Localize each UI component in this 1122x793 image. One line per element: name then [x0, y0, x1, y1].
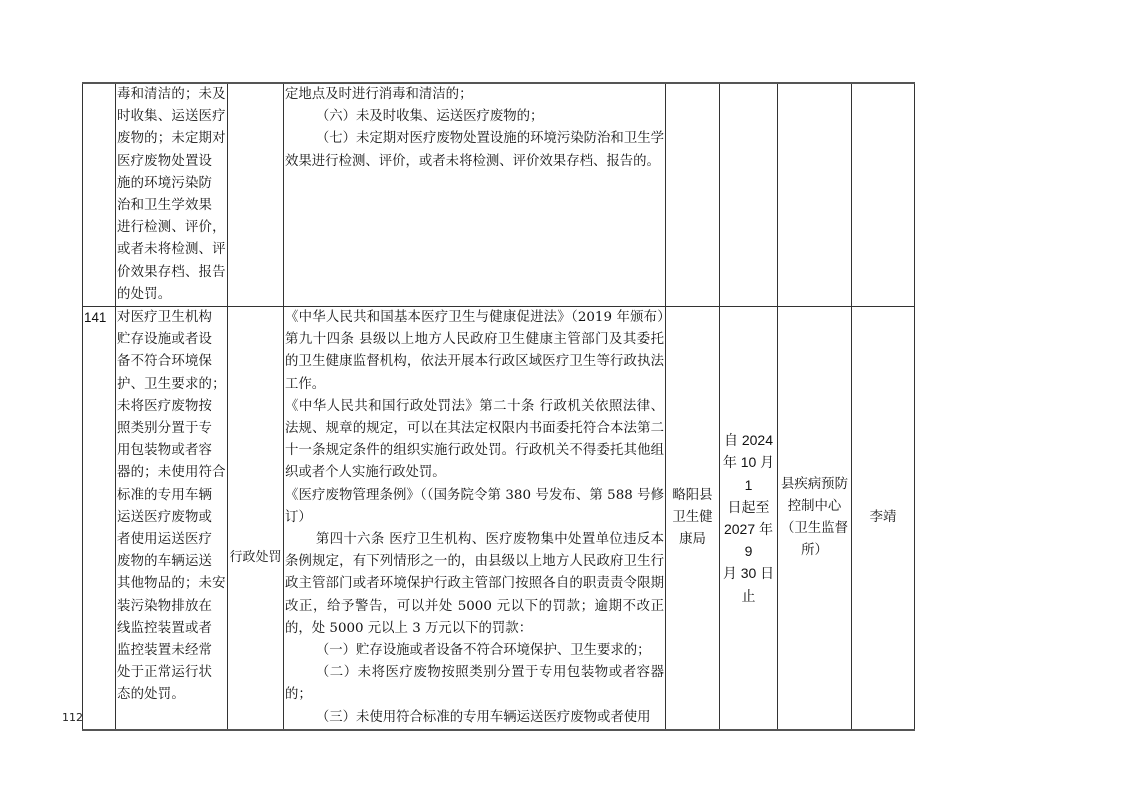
item-line: 对医疗卫生机构: [117, 307, 226, 329]
entrusted-unit-line: （卫生监督: [779, 518, 850, 540]
basis-paragraph: （一）贮存设施或者设备不符合环境保护、卫生要求的；: [285, 640, 664, 662]
item-line: 废物的车辆运送: [117, 551, 226, 573]
period-cell: [720, 83, 778, 307]
item-line: 废物的；未定期对: [117, 128, 226, 150]
department-line: 卫生健: [667, 507, 718, 529]
basis-paragraph: （三）未使用符合标准的专用车辆运送医疗废物或者使用: [285, 707, 664, 729]
period-line: 日起至: [721, 496, 776, 518]
item-line: 用包装物或者容: [117, 440, 226, 462]
page-number: 112: [62, 711, 83, 724]
responsible-person-cell: [852, 83, 915, 307]
item-line: 的处罚。: [117, 284, 226, 306]
item-line: 毒和清洁的；未及: [117, 84, 226, 106]
item-line: 者使用运送医疗: [117, 529, 226, 551]
item-type-cell: 行政处罚: [228, 307, 284, 730]
department-line: 略阳县: [667, 485, 718, 507]
legal-basis-cell: 定地点及时进行消毒和清洁的； （六）未及时收集、运送医疗废物的； （七）未定期对…: [284, 83, 666, 307]
responsible-person-cell: 李靖: [852, 307, 915, 730]
item-line: 进行检测、评价，: [117, 217, 226, 239]
item-line: 施的环境污染防: [117, 173, 226, 195]
item-line: 装污染物排放在: [117, 596, 226, 618]
item-line: 贮存设施或者设: [117, 329, 226, 351]
basis-paragraph: 《中华人民共和国行政处罚法》第二十条 行政机关依照法律、法规、规章的规定，可以在…: [285, 396, 664, 485]
period-cell: 自 2024 年 10 月 1 日起至 2027 年 9 月 30 日 止: [720, 307, 778, 730]
item-type-label: 行政处罚: [229, 547, 282, 569]
item-line: 运送医疗废物或: [117, 507, 226, 529]
item-name-cell: 毒和清洁的；未及 时收集、运送医疗 废物的；未定期对 医疗废物处置设 施的环境污…: [116, 83, 228, 307]
item-line: 线监控装置或者: [117, 618, 226, 640]
period-line: 止: [721, 585, 776, 607]
item-line: 处于正常运行状: [117, 662, 226, 684]
item-number: [83, 83, 116, 307]
basis-paragraph: 第四十六条 医疗卫生机构、医疗废物集中处置单位违反本条例规定，有下列情形之一的，…: [285, 529, 664, 640]
period-line: 自 2024: [721, 429, 776, 451]
item-line: 器的；未使用符合: [117, 462, 226, 484]
item-line: 态的处罚。: [117, 684, 226, 706]
basis-paragraph: 《医疗废物管理条例》（（国务院令第 380 号发布、第 588 号修订）: [285, 485, 664, 529]
entrusted-unit-cell: [778, 83, 852, 307]
department-cell: 略阳县 卫生健 康局: [666, 307, 720, 730]
entrusted-unit-line: 县疾病预防: [779, 474, 850, 496]
legal-basis-cell: 《中华人民共和国基本医疗卫生与健康促进法》（2019 年颁布）第九十四条 县级以…: [284, 307, 666, 730]
department-line: 康局: [667, 529, 718, 551]
entrusted-unit-line: 控制中心: [779, 496, 850, 518]
entrusted-unit-line: 所）: [779, 540, 850, 562]
item-line: 其他物品的；未安: [117, 573, 226, 595]
table-row: 141 对医疗卫生机构 贮存设施或者设 备不符合环境保 护、卫生要求的； 未将医…: [83, 307, 915, 730]
item-line: 护、卫生要求的；: [117, 374, 226, 396]
basis-paragraph: （二）未将医疗废物按照类别分置于专用包装物或者容器的；: [285, 662, 664, 706]
item-type-cell: [228, 83, 284, 307]
item-line: 价效果存档、报告: [117, 262, 226, 284]
item-line: 照类别分置于专: [117, 418, 226, 440]
item-name-cell: 对医疗卫生机构 贮存设施或者设 备不符合环境保 护、卫生要求的； 未将医疗废物按…: [116, 307, 228, 730]
authority-table: 毒和清洁的；未及 时收集、运送医疗 废物的；未定期对 医疗废物处置设 施的环境污…: [82, 82, 915, 731]
basis-paragraph: （七）未定期对医疗废物处置设施的环境污染防治和卫生学效果进行检测、评价，或者未将…: [285, 128, 664, 172]
item-number: 141: [83, 307, 116, 730]
basis-paragraph: 《中华人民共和国基本医疗卫生与健康促进法》（2019 年颁布）第九十四条 县级以…: [285, 307, 664, 396]
item-line: 治和卫生学效果: [117, 195, 226, 217]
period-line: 年 10 月 1: [721, 451, 776, 495]
table-row: 毒和清洁的；未及 时收集、运送医疗 废物的；未定期对 医疗废物处置设 施的环境污…: [83, 83, 915, 307]
item-line: 未将医疗废物按: [117, 396, 226, 418]
basis-paragraph: 定地点及时进行消毒和清洁的；: [285, 84, 664, 106]
period-line: 2027 年 9: [721, 518, 776, 562]
department-cell: [666, 83, 720, 307]
entrusted-unit-cell: 县疾病预防 控制中心 （卫生监督 所）: [778, 307, 852, 730]
basis-paragraph: （六）未及时收集、运送医疗废物的；: [285, 106, 664, 128]
item-line: 监控装置未经常: [117, 640, 226, 662]
item-line: 标准的专用车辆: [117, 485, 226, 507]
period-line: 月 30 日: [721, 562, 776, 584]
item-line: 或者未将检测、评: [117, 239, 226, 261]
item-line: 备不符合环境保: [117, 351, 226, 373]
item-line: 时收集、运送医疗: [117, 106, 226, 128]
item-line: 医疗废物处置设: [117, 151, 226, 173]
